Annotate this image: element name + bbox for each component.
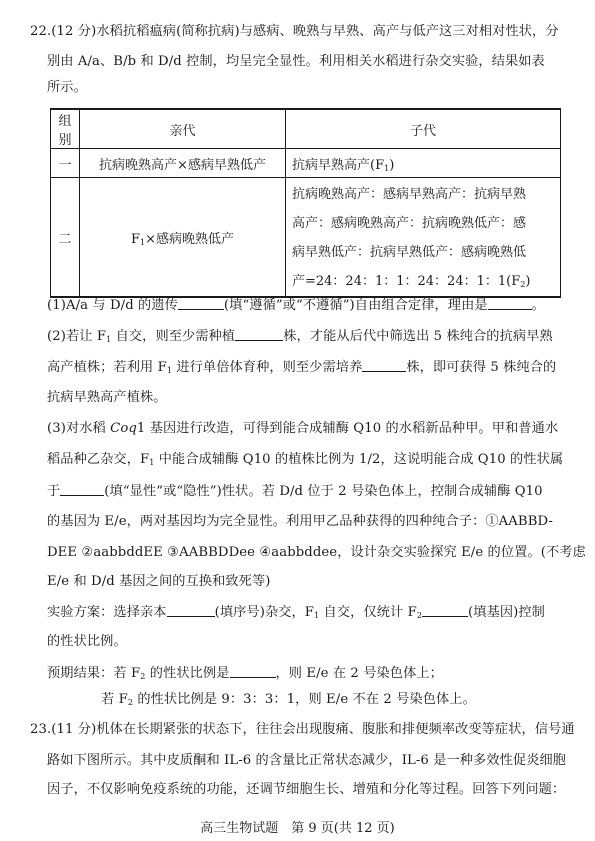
- experiment-plan-line2: 的性状比例。: [47, 634, 127, 650]
- prediction-text: ，则 E/e 在 2 号染色体上；: [276, 666, 443, 681]
- expected-result-line1: 预期结果：若 F2 的性状比例是，则 E/e 在 2 号染色体上；: [47, 665, 443, 682]
- q22-intro-text: 水稻抗稻瘟病(简称抗病)与感病、晚熟与早熟、高产与低产这三对相对性状，分: [96, 24, 558, 39]
- offspring-line: 抗病晚熟高产：感病早熟高产：抗病早熟: [292, 180, 544, 209]
- part1-text: (填“遵循”或“不遵循”)自由组合定律，理由是: [224, 298, 488, 313]
- header-parents: 亲代: [80, 109, 286, 149]
- q22-part3-line6: E/e 和 D/d 基因之间的互换和致死等): [47, 574, 271, 590]
- part1-text: 。: [532, 298, 545, 313]
- q22-part3-line1: (3)对水稻 Coq1 基因进行改造，可得到能合成辅酶 Q10 的水稻新品种甲。…: [47, 421, 558, 437]
- answer-blank[interactable]: [488, 297, 532, 310]
- q23-number: 23.: [30, 722, 51, 737]
- answer-blank[interactable]: [235, 328, 283, 341]
- offspring-text: 抗病早熟高产(F: [292, 158, 384, 173]
- part2-text: 株，才能从后代中筛选出 5 株纯合的抗病早熟: [283, 329, 553, 344]
- header-group: 组别: [51, 109, 80, 149]
- cell-offspring: 抗病晚熟高产：感病早熟高产：抗病早熟 高产：感病晚熟高产：抗病晚熟低产：感 病早…: [286, 178, 561, 298]
- cross-results-table: 组别 亲代 子代 一 抗病晚熟高产×感病早熟低产 抗病早熟高产(F1) 二 F1…: [50, 108, 561, 298]
- part3-text: (填“显性”或“隐性”)性状。若 D/d 位于 2 号染色体上，控制合成辅酶 Q…: [104, 484, 542, 499]
- q23-text: 机体在长期紧张的状态下，往往会出现腹痛、腹胀和排便频率改变等症状，信号通: [96, 722, 574, 737]
- parents-text: ×感病晚熟低产: [145, 232, 234, 247]
- prediction-text: 若 F: [101, 692, 128, 707]
- answer-blank[interactable]: [362, 359, 406, 372]
- part3-text: (3)对水稻: [47, 421, 110, 436]
- expected-result-line2: 若 F2 的性状比例是 9：3：3：1，则 E/e 不在 2 号染色体上。: [101, 692, 476, 708]
- table-row: 二 F1×感病晚熟低产 抗病晚熟高产：感病早熟高产：抗病早熟 高产：感病晚熟高产…: [51, 178, 561, 298]
- q22-part2-line1: (2)若让 F1 自交，则至少需种植株，才能从后代中筛选出 5 株纯合的抗病早熟: [47, 328, 553, 345]
- offspring-end: ): [389, 158, 394, 173]
- part2-text: (2)若让 F: [47, 329, 106, 344]
- q23-line2: 路如下图所示。其中皮质酮和 IL-6 的含量比正常状态减少，IL-6 是一种多效…: [47, 753, 566, 769]
- parents-prefix: F: [131, 232, 140, 247]
- page-footer: 高三生物试题 第 9 页(共 12 页): [0, 817, 595, 836]
- gene-name: Coq: [110, 421, 137, 436]
- plan-text: 自交，仅统计 F: [319, 605, 417, 620]
- offspring-end: ): [525, 274, 530, 289]
- cell-offspring: 抗病早熟高产(F1): [286, 149, 561, 178]
- cell-parents: F1×感病晚熟低产: [80, 178, 286, 298]
- prediction-text: 的性状比例是: [145, 666, 229, 681]
- q22-part1: (1)A/a 与 D/d 的遗传(填“遵循”或“不遵循”)自由组合定律，理由是。: [47, 297, 545, 314]
- q22-part3-line5: DEE ②aabbddEE ③AABBDDee ④aabbddee，设计杂交实验…: [47, 545, 586, 561]
- part2-text: 自交，则至少需种植: [111, 329, 235, 344]
- q23-score: (11 分): [51, 722, 96, 737]
- answer-blank[interactable]: [60, 483, 104, 496]
- q22-intro-line2: 别由 A/a、B/b 和 D/d 控制，均呈完全显性。利用相关水稻进行杂交实验，…: [47, 54, 545, 70]
- table-row: 一 抗病晚熟高产×感病早熟低产 抗病早熟高产(F1): [51, 149, 561, 178]
- answer-blank[interactable]: [422, 604, 468, 617]
- answer-blank[interactable]: [167, 604, 215, 617]
- answer-blank[interactable]: [230, 665, 276, 678]
- q22-part2-line3: 抗病早熟高产植株。: [47, 390, 167, 406]
- plan-text: (填序号)杂交，F: [215, 605, 314, 620]
- part3-text: 1 基因进行改造，可得到能合成辅酶 Q10 的水稻新品种甲。甲和普通水: [137, 421, 558, 436]
- offspring-text: 产=24：24：1：1：24：24：1：1(F: [292, 274, 520, 289]
- cell-group: 二: [51, 178, 80, 298]
- experiment-plan-line1: 实验方案：选择亲本(填序号)杂交，F1 自交，仅统计 F2(填基因)控制: [47, 604, 545, 621]
- q22-score: (12 分): [51, 24, 96, 39]
- table-header-row: 组别 亲代 子代: [51, 109, 561, 149]
- q22-part3-line3: 于(填“显性”或“隐性”)性状。若 D/d 位于 2 号染色体上，控制合成辅酶 …: [47, 483, 543, 500]
- prediction-text: 预期结果：若 F: [47, 666, 140, 681]
- plan-text: 实验方案：选择亲本: [47, 605, 167, 620]
- offspring-line: 高产：感病晚熟高产：抗病晚熟低产：感: [292, 209, 544, 238]
- part1-text: (1)A/a 与 D/d 的遗传: [47, 298, 178, 313]
- part3-text: 稻品种乙杂交，F: [47, 452, 149, 467]
- q22-intro-line1: 22.(12 分)水稻抗稻瘟病(简称抗病)与感病、晚熟与早熟、高产与低产这三对相…: [30, 24, 559, 40]
- answer-blank[interactable]: [178, 297, 224, 310]
- q22-intro-line3: 所示。: [47, 80, 87, 96]
- header-offspring: 子代: [286, 109, 561, 149]
- prediction-text: 的性状比例是 9：3：3：1，则 E/e 不在 2 号染色体上。: [133, 692, 476, 707]
- q22-part3-line2: 稻品种乙杂交，F1 中能合成辅酶 Q10 的植株比例为 1/2，这说明能合成 Q…: [47, 452, 563, 468]
- q22-part3-line4: 的基因为 E/e，两对基因均为完全显性。利用甲乙品种获得的四种纯合子：①AABB…: [47, 514, 553, 530]
- cell-group: 一: [51, 149, 80, 178]
- part2-text: 株，即可获得 5 株纯合的: [406, 360, 556, 375]
- part3-text: 中能合成辅酶 Q10 的植株比例为 1/2，这说明能合成 Q10 的性状属: [154, 452, 563, 467]
- cell-parents: 抗病晚熟高产×感病早熟低产: [80, 149, 286, 178]
- q22-part2-line2: 高产植株；若利用 F1 进行单倍体育种，则至少需培养株，即可获得 5 株纯合的: [47, 359, 556, 376]
- offspring-line: 病早熟低产：抗病早熟低产：感病晚熟低: [292, 238, 544, 267]
- q22-number: 22.: [30, 24, 51, 39]
- q23-line3: 因子，不仅影响免疫系统的功能，还调节细胞生长、增殖和分化等过程。回答下列问题：: [47, 782, 565, 798]
- offspring-line: 产=24：24：1：1：24：24：1：1(F2): [292, 267, 544, 296]
- part2-text: 高产植株；若利用 F: [47, 360, 167, 375]
- q23-line1: 23.(11 分)机体在长期紧张的状态下，往往会出现腹痛、腹胀和排便频率改变等症…: [30, 722, 575, 738]
- part3-text: 于: [47, 484, 60, 499]
- plan-text: (填基因)控制: [468, 605, 545, 620]
- part2-text: 进行单倍体育种，则至少需培养: [172, 360, 362, 375]
